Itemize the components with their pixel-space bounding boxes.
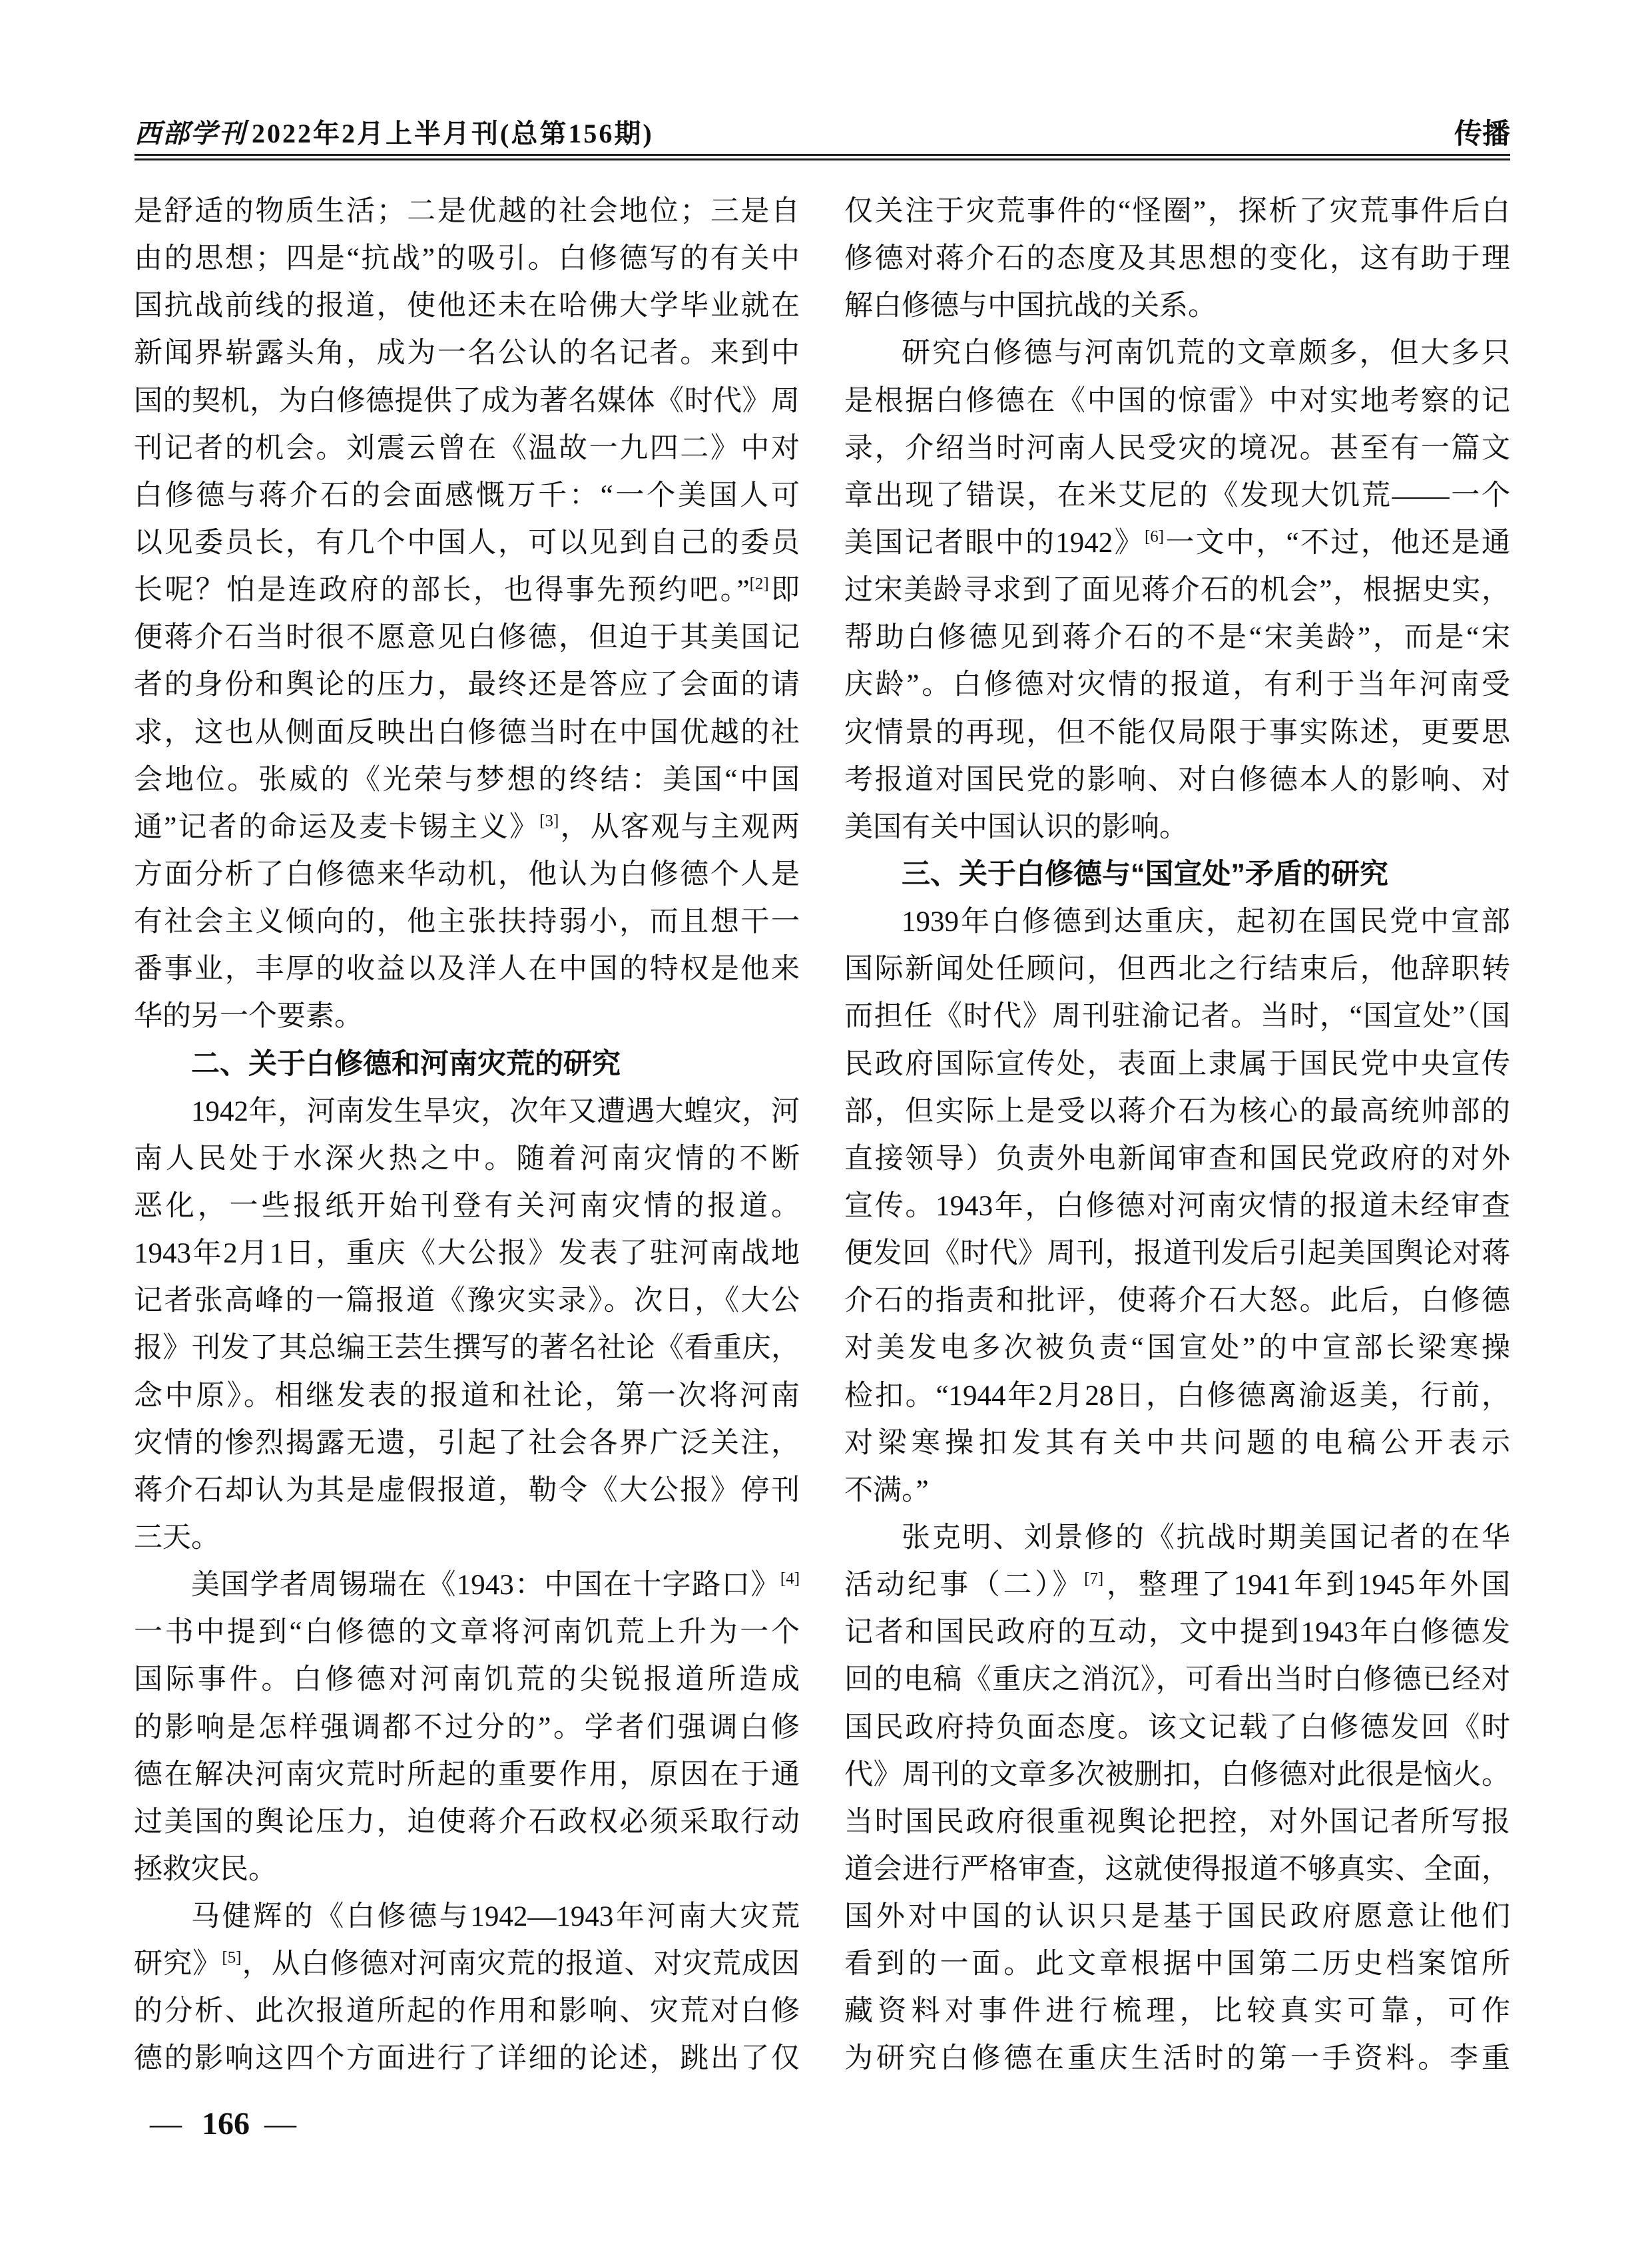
text-line: 活动纪事（二）》[7]，整理了1941年到1945年外国 <box>844 1561 1510 1609</box>
text-line: 道会进行严格审查，这就使得报道不够真实、全面， <box>844 1846 1510 1893</box>
text-line: 是根据白修德在《中国的惊雷》中对实地考察的记 <box>844 378 1510 425</box>
text-line: 国外对中国的认识只是基于国民政府愿意让他们 <box>844 1893 1510 1940</box>
text-line: 美国学者周锡瑞在《1943：中国在十字路口》[4] <box>134 1561 800 1609</box>
text-line: 国际事件。白修德对河南饥荒的尖锐报道所造成 <box>134 1656 800 1703</box>
text-line: 的影响是怎样强调都不过分的”。学者们强调白修 <box>134 1704 800 1751</box>
text-line: 宣传。1943年，白修德对河南灾情的报道未经审查 <box>844 1183 1510 1230</box>
text-line: 以见委员长，有几个中国人，可以见到自己的委员 <box>134 519 800 567</box>
text-line: 对梁寒操扣发其有关中共问题的电稿公开表示 <box>844 1420 1510 1467</box>
text-line: 过宋美龄寻求到了面见蒋介石的机会”，根据史实， <box>844 567 1510 614</box>
text-line: 不满。” <box>844 1467 1510 1514</box>
text-line: 的分析、此次报道所起的作用和影响、灾荒对白修 <box>134 1988 800 2035</box>
text-line: 回的电稿《重庆之消沉》，可看出当时白修德已经对 <box>844 1656 1510 1703</box>
text-line: 番事业，丰厚的收益以及洋人在中国的特权是他来 <box>134 946 800 993</box>
text-line: 对美发电多次被负责“国宣处”的中宣部长梁寒操 <box>844 1324 1510 1372</box>
text-line: 部，但实际上是受以蒋介石为核心的最高统帅部的 <box>844 1088 1510 1135</box>
text-line: 记者张高峰的一篇报道《豫灾实录》。次日，《大公 <box>134 1277 800 1324</box>
text-line: 通”记者的命运及麦卡锡主义》[3]，从客观与主观两 <box>134 804 800 851</box>
journal-logo: 西部学刊 <box>135 120 246 148</box>
page-number: 166 <box>202 2106 250 2141</box>
citation-ref: [3] <box>539 812 559 830</box>
text-line: 过美国的舆论压力，迫使蒋介石政权必须采取行动 <box>134 1799 800 1846</box>
text-line: 方面分析了白修德来华动机，他认为白修德个人是 <box>134 851 800 898</box>
text-segment: 美国记者眼中的1942》 <box>844 527 1145 559</box>
text-segment: 研究》 <box>134 1948 222 1980</box>
section-heading: 二、关于白修德和河南灾荒的研究 <box>134 1041 800 1088</box>
header-rule-top <box>135 154 1510 156</box>
text-line: 德的影响这四个方面进行了详细的论述，跳出了仅 <box>134 2035 800 2082</box>
text-line: 介石的指责和批评，使蒋介石大怒。此后，白修德 <box>844 1277 1510 1324</box>
section-heading: 三、关于白修德与“国宣处”矛盾的研究 <box>844 851 1510 898</box>
text-line: 国民政府持负面态度。该文记载了白修德发回《时 <box>844 1704 1510 1751</box>
text-line: 美国有关中国认识的影响。 <box>844 804 1510 851</box>
text-line: 仅关注于灾荒事件的“怪圈”，探析了灾荒事件后白 <box>844 188 1510 235</box>
citation-ref: [7] <box>1084 1570 1103 1588</box>
text-line: 民政府国际宣传处，表面上隶属于国民党中央宣传 <box>844 1041 1510 1088</box>
text-line: 国际新闻处任顾问，但西北之行结束后，他辞职转 <box>844 946 1510 993</box>
text-line: 便发回《时代》周刊，报道刊发后引起美国舆论对蒋 <box>844 1230 1510 1277</box>
text-line: 考报道对国民党的影响、对白修德本人的影响、对 <box>844 756 1510 804</box>
text-line: 藏资料对事件进行梳理，比较真实可靠，可作 <box>844 1988 1510 2035</box>
text-line: 念中原》。相继发表的报道和社论，第一次将河南 <box>134 1372 800 1420</box>
text-line: 灾情景的再现，但不能仅局限于事实陈述，更要思 <box>844 709 1510 756</box>
text-line: 长呢？怕是连政府的部长，也得事先预约吧。”[2]即 <box>134 567 800 614</box>
text-line: 南人民处于水深火热之中。随着河南灾情的不断 <box>134 1135 800 1183</box>
text-line: 马健辉的《白修德与1942—1943年河南大灾荒 <box>134 1893 800 1940</box>
citation-ref: [2] <box>750 575 769 593</box>
text-line: 研究》[5]，从白修德对河南灾荒的报道、对灾荒成因 <box>134 1940 800 1988</box>
text-line: 刊记者的机会。刘震云曾在《温故一九四二》中对 <box>134 425 800 472</box>
text-line: 为研究白修德在重庆生活时的第一手资料。李重 <box>844 2035 1510 2082</box>
text-line: 有社会主义倾向的，他主张扶持弱小，而且想干一 <box>134 898 800 946</box>
text-line: 会地位。张威的《光荣与梦想的终结：美国“中国 <box>134 756 800 804</box>
text-segment: ，从白修德对河南灾荒的报道、对灾荒成因 <box>241 1948 800 1980</box>
text-segment: 一文中，“不过，他还是通 <box>1164 527 1510 559</box>
text-line: 三天。 <box>134 1514 800 1561</box>
text-line: 白修德与蒋介石的会面感慨万千：“一个美国人可 <box>134 472 800 519</box>
text-segment: 美国学者周锡瑞在《1943：中国在十字路口》 <box>191 1569 780 1601</box>
text-line: 当时国民政府很重视舆论把控，对外国记者所写报 <box>844 1799 1510 1846</box>
text-line: 录，介绍当时河南人民受灾的境况。甚至有一篇文 <box>844 425 1510 472</box>
citation-ref: [4] <box>780 1570 800 1588</box>
text-segment: ，整理了1941年到1945年外国 <box>1103 1569 1510 1601</box>
text-segment: 活动纪事（二）》 <box>844 1569 1084 1601</box>
text-line: 帮助白修德见到蒋介石的不是“宋美龄”，而是“宋 <box>844 614 1510 661</box>
text-segment: 通”记者的命运及麦卡锡主义》 <box>134 812 539 843</box>
text-line: 解白修德与中国抗战的关系。 <box>844 282 1510 330</box>
text-line: 拯救灾民。 <box>134 1846 800 1893</box>
text-line: 一书中提到“白修德的文章将河南饥荒上升为一个 <box>134 1609 800 1656</box>
text-line: 1939年白修德到达重庆，起初在国民党中宣部 <box>844 898 1510 946</box>
text-line: 新闻界崭露头角，成为一名公认的名记者。来到中 <box>134 330 800 377</box>
issue-info: 2022年2月上半月刊(总第156期) <box>252 120 654 148</box>
text-line: 是舒适的物质生活；二是优越的社会地位；三是自 <box>134 188 800 235</box>
text-line: 美国记者眼中的1942》[6]一文中，“不过，他还是通 <box>844 519 1510 567</box>
text-line: 国抗战前线的报道，使他还未在哈佛大学毕业就在 <box>134 282 800 330</box>
text-line: 代》周刊的文章多次被删扣，白修德对此很是恼火。 <box>844 1751 1510 1799</box>
text-line: 蒋介石却认为其是虚假报道，勒令《大公报》停刊 <box>134 1467 800 1514</box>
text-line: 而担任《时代》周刊驻渝记者。当时，“国宣处”（国 <box>844 993 1510 1040</box>
text-line: 1943年2月1日，重庆《大公报》发表了驻河南战地 <box>134 1230 800 1277</box>
text-line: 灾情的惨烈揭露无遗，引起了社会各界广泛关注， <box>134 1420 800 1467</box>
footer-dash-left: — <box>150 2104 183 2144</box>
section-label: 传播 <box>1454 120 1510 148</box>
text-line: 华的另一个要素。 <box>134 993 800 1040</box>
text-line: 记者和国民政府的互动，文中提到1943年白修德发 <box>844 1609 1510 1656</box>
citation-ref: [5] <box>222 1949 241 1967</box>
text-line: 直接领导）负责外电新闻审查和国民党政府的对外 <box>844 1135 1510 1183</box>
text-line: 便蒋介石当时很不愿意见白修德，但迫于其美国记 <box>134 614 800 661</box>
text-line: 由的思想；四是“抗战”的吸引。白修德写的有关中 <box>134 235 800 282</box>
citation-ref: [6] <box>1145 528 1164 546</box>
left-column: 是舒适的物质生活；二是优越的社会地位；三是自 由的思想；四是“抗战”的吸引。白修… <box>134 188 800 2083</box>
text-line: 修德对蒋介石的态度及其思想的变化，这有助于理 <box>844 235 1510 282</box>
text-line: 求，这也从侧面反映出白修德当时在中国优越的社 <box>134 709 800 756</box>
text-line: 报》刊发了其总编王芸生撰写的著名社论《看重庆， <box>134 1324 800 1372</box>
text-line: 张克明、刘景修的《抗战时期美国记者的在华 <box>844 1514 1510 1561</box>
text-line: 德在解决河南灾荒时所起的重要作用，原因在于通 <box>134 1751 800 1799</box>
text-segment: 长呢？怕是连政府的部长，也得事先预约吧。” <box>134 575 750 606</box>
right-column: 仅关注于灾荒事件的“怪圈”，探析了灾荒事件后白 修德对蒋介石的态度及其思想的变化… <box>844 188 1510 2083</box>
header-rule-bottom <box>135 158 1510 160</box>
text-line: 检扣。“1944年2月28日，白修德离渝返美，行前， <box>844 1372 1510 1420</box>
text-line: 1942年，河南发生旱灾，次年又遭遇大蝗灾，河 <box>134 1088 800 1135</box>
text-line: 看到的一面。此文章根据中国第二历史档案馆所 <box>844 1940 1510 1988</box>
text-line: 研究白修德与河南饥荒的文章颇多，但大多只 <box>844 330 1510 377</box>
text-line: 国的契机，为白修德提供了成为著名媒体《时代》周 <box>134 378 800 425</box>
page-footer: —166— <box>150 2104 298 2144</box>
text-segment: 即 <box>769 575 800 606</box>
footer-dash-right: — <box>264 2104 298 2144</box>
text-line: 恶化，一些报纸开始刊登有关河南灾情的报道。 <box>134 1183 800 1230</box>
text-segment: ，从客观与主观两 <box>559 812 800 843</box>
text-line: 者的身份和舆论的压力，最终还是答应了会面的请 <box>134 661 800 708</box>
text-line: 庆龄”。白修德对灾情的报道，有利于当年河南受 <box>844 661 1510 708</box>
text-line: 章出现了错误，在米艾尼的《发现大饥荒——一个 <box>844 472 1510 519</box>
journal-page: 西部学刊 2022年2月上半月刊(总第156期) 传播 是舒适的物质生活；二是优… <box>0 0 1652 2242</box>
